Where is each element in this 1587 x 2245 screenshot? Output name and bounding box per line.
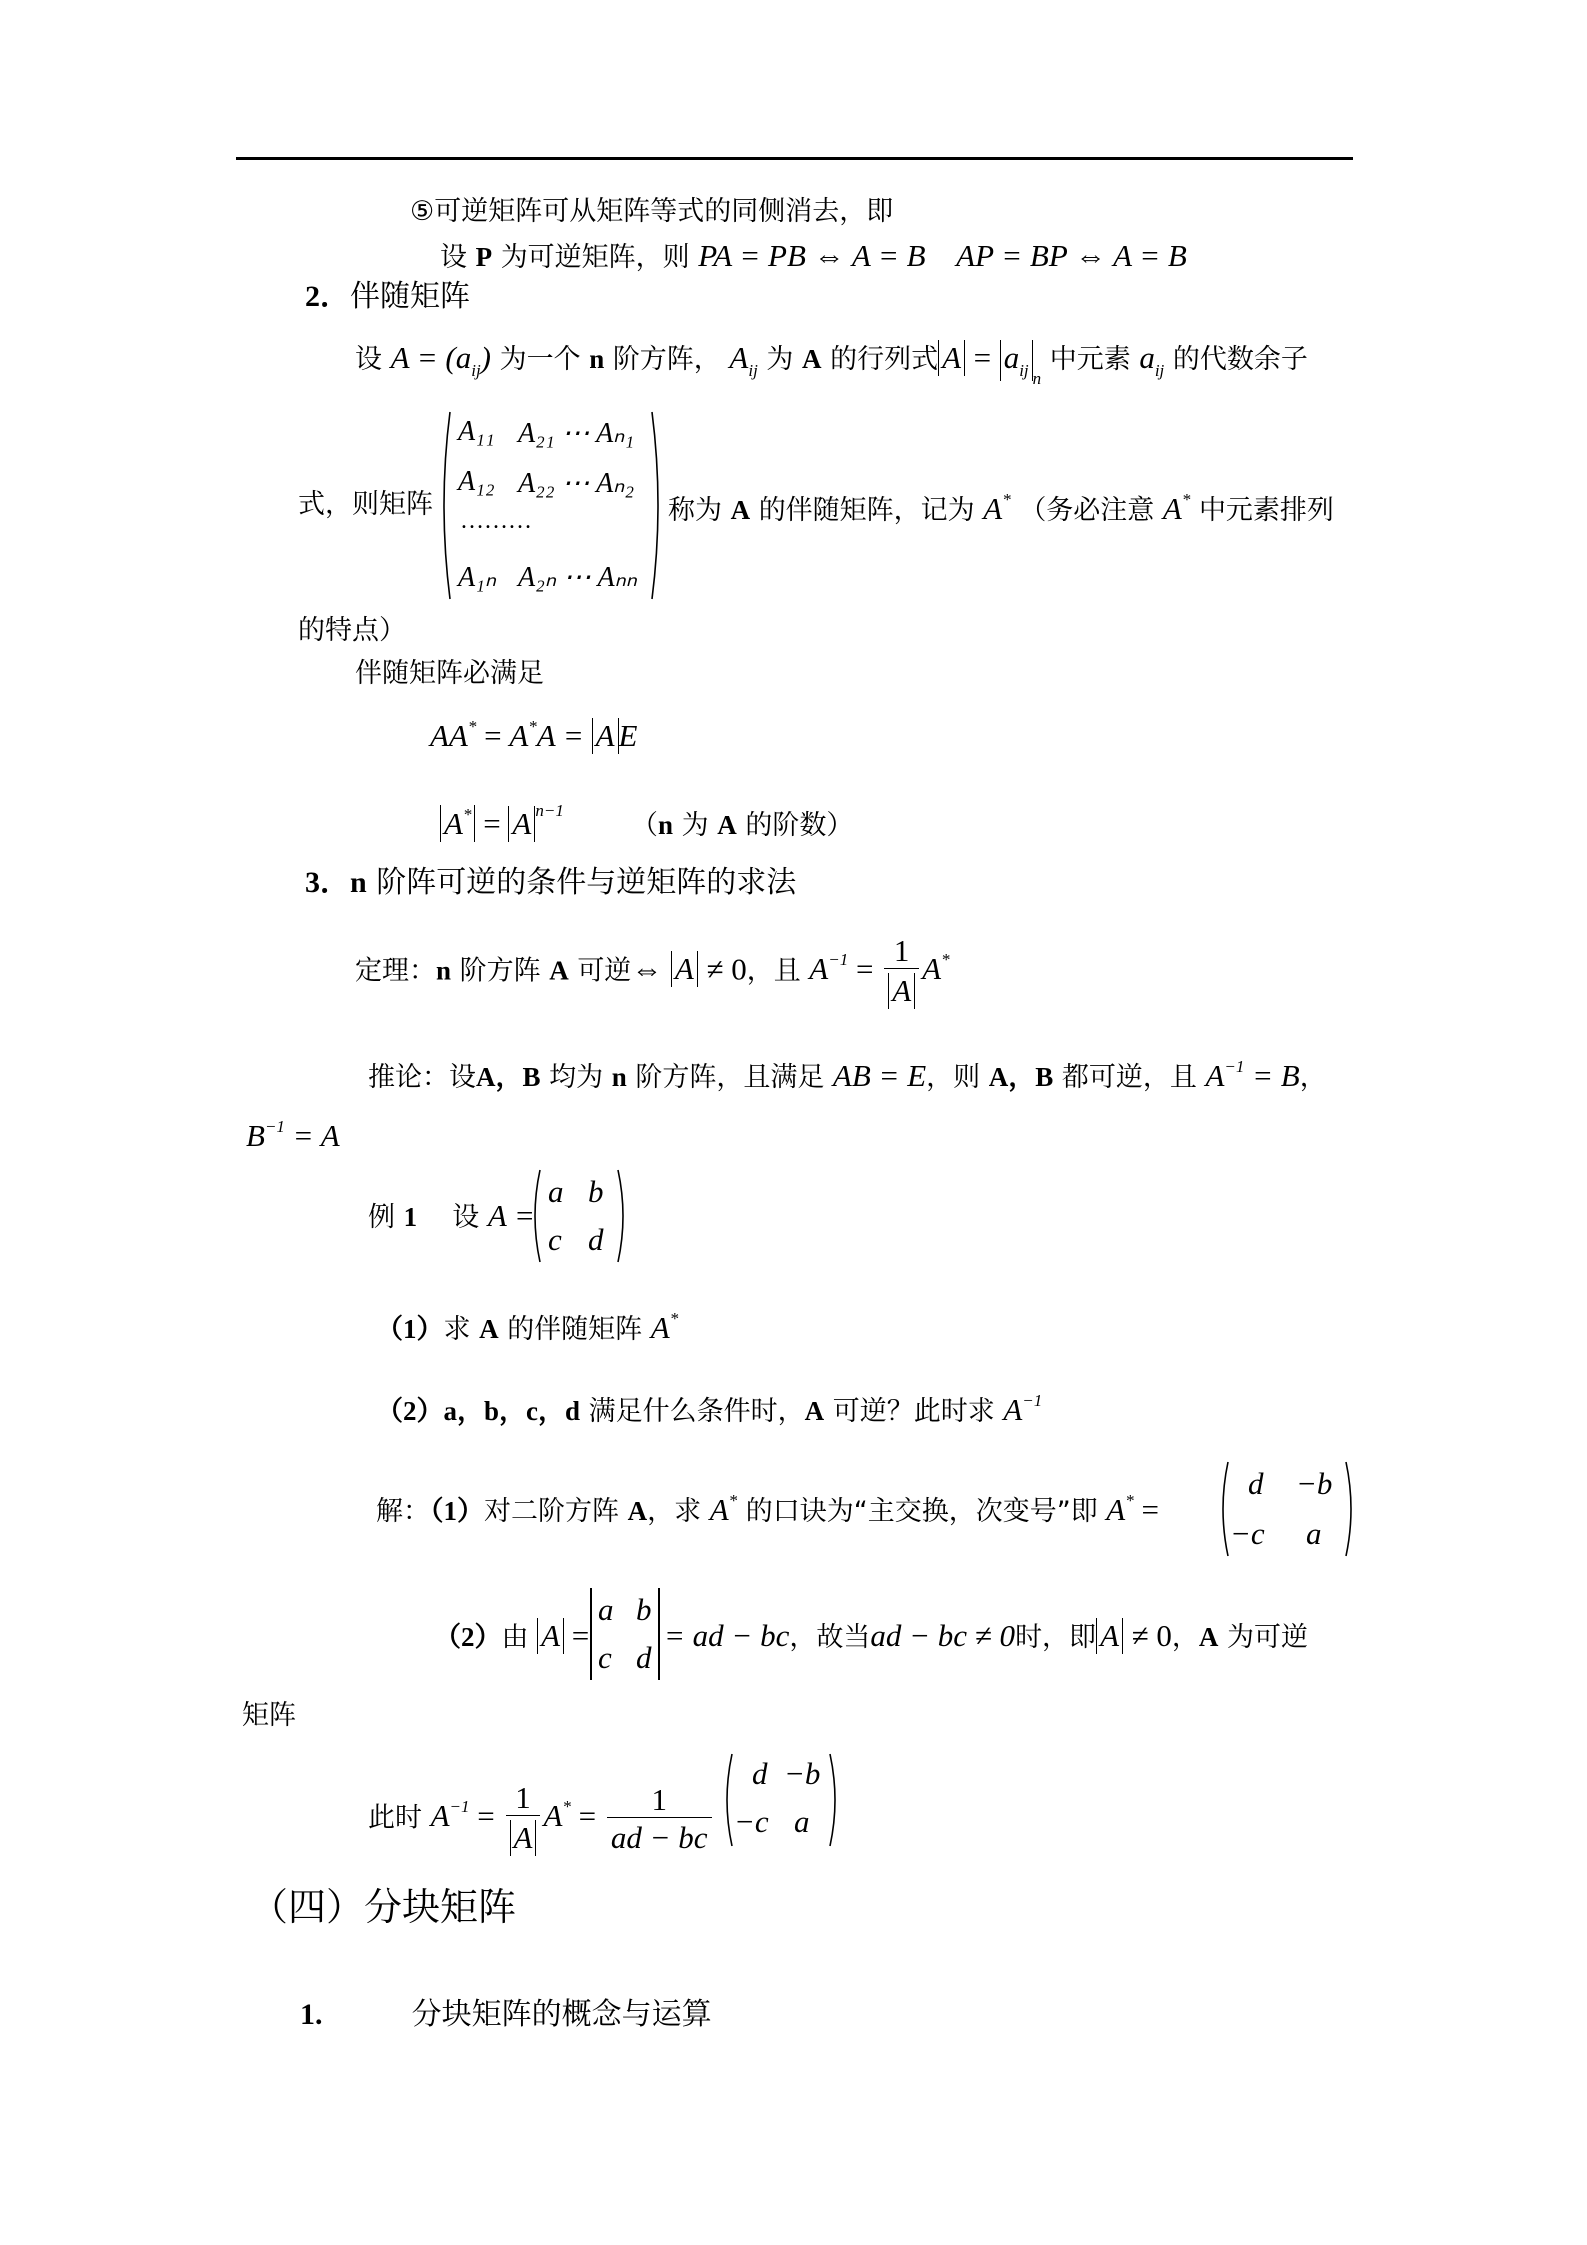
math: = bbox=[564, 1618, 589, 1653]
solution-part-1: 解：（1）对二阶方阵 A，求 A* 的口诀为“主交换，次变号”即 A* = bbox=[376, 1492, 1159, 1525]
determinant: A bbox=[537, 1618, 564, 1654]
inverse-formula: 此时 A−1 = 1AA* = 1ad − bc bbox=[368, 1782, 715, 1856]
text: A bbox=[802, 344, 822, 374]
text: 阶方阵 bbox=[460, 955, 541, 986]
matrix-cell: A₁₁ bbox=[458, 416, 495, 448]
text: （务必注意 bbox=[1019, 495, 1154, 526]
adjugate-identity: AA* = A*A = AE bbox=[430, 718, 637, 754]
math: A bbox=[1003, 1392, 1022, 1427]
math-sup: n−1 bbox=[535, 801, 563, 820]
math: ) bbox=[481, 340, 491, 375]
denominator: A bbox=[510, 1820, 537, 1856]
matrix-cell: a bbox=[548, 1174, 564, 1210]
numerator: 1 bbox=[511, 1782, 535, 1815]
text: A bbox=[717, 810, 737, 840]
math: = bbox=[848, 951, 881, 986]
math: = bbox=[571, 1798, 604, 1833]
math: A bbox=[710, 1492, 729, 1527]
matrix-cell: A₂ₙ ⋯ Aₙₙ bbox=[518, 560, 637, 594]
matrix-cell: a bbox=[794, 1804, 810, 1840]
section-4-heading: （四）分块矩阵 bbox=[250, 1888, 516, 1926]
text: ，则 bbox=[926, 1062, 980, 1093]
numerator: 1 bbox=[647, 1784, 671, 1817]
determinant-bar-right bbox=[658, 1588, 660, 1680]
text: 由 bbox=[502, 1622, 529, 1653]
text: 例 bbox=[368, 1202, 395, 1233]
text: 的代数余子 bbox=[1173, 344, 1308, 375]
text: 的口诀为“主交换，次变号”即 bbox=[746, 1496, 1098, 1527]
determinant: A bbox=[938, 340, 965, 376]
math: A bbox=[729, 340, 748, 375]
formula-left-cancel: PA = PB ⇔ A = B bbox=[698, 238, 925, 273]
text: 阶方阵， bbox=[613, 344, 721, 375]
example-1-heading: 例 1 设 A = bbox=[368, 1200, 535, 1231]
math: = bbox=[470, 1798, 503, 1833]
matrix-cell: d bbox=[588, 1222, 604, 1258]
text: 的特点） bbox=[298, 617, 406, 644]
text: （ bbox=[631, 810, 658, 841]
text: n bbox=[658, 810, 673, 840]
matrix-cell: c bbox=[598, 1640, 612, 1676]
math: A bbox=[444, 806, 463, 841]
math: B bbox=[246, 1118, 265, 1153]
text: A bbox=[731, 495, 751, 525]
text: 的伴随矩阵，记为 bbox=[759, 495, 975, 526]
prop5-statement: 设 P 为可逆矩阵，则 PA = PB ⇔ A = B AP = BP ⇔ A … bbox=[440, 240, 1187, 271]
matrix-cell: −b bbox=[1296, 1466, 1332, 1502]
text: A bbox=[549, 955, 569, 985]
text: 求 bbox=[444, 1314, 471, 1345]
text: ，求 bbox=[647, 1496, 701, 1527]
text: 定理： bbox=[355, 955, 436, 986]
math-sub: ij bbox=[1155, 361, 1164, 380]
matrix-cell: a bbox=[1306, 1516, 1322, 1552]
matrix-cell: −c bbox=[734, 1804, 769, 1840]
heading-text: 阶阵可逆的条件与逆矩阵的求法 bbox=[376, 865, 796, 900]
formula-right-cancel: AP = BP ⇔ A = B bbox=[956, 238, 1187, 273]
text: A bbox=[1199, 1622, 1219, 1652]
math-sup: * bbox=[528, 717, 537, 736]
solution-part-2-cont: = ad − bc，故当ad − bc ≠ 0时，即A ≠ 0，A 为可逆 bbox=[664, 1618, 1308, 1654]
text: 为一个 bbox=[500, 344, 581, 375]
matrix-cell: b bbox=[588, 1174, 604, 1210]
text: 的伴随矩阵 bbox=[507, 1314, 642, 1345]
math: A bbox=[509, 718, 528, 753]
math: = ad − bc bbox=[664, 1618, 789, 1653]
corollary: 推论：设A，B 均为 n 阶方阵，且满足 AB = E，则 A，B 都可逆，且 … bbox=[368, 1058, 1327, 1091]
text: 式，则矩阵 bbox=[298, 491, 433, 518]
math: = bbox=[475, 806, 508, 841]
numerator: 1 bbox=[890, 935, 914, 968]
fraction: 1ad − bc bbox=[607, 1784, 712, 1853]
text: 均为 bbox=[549, 1062, 603, 1093]
inverse-matrix: d −b −c a bbox=[722, 1752, 842, 1848]
denominator: ad − bc bbox=[607, 1817, 712, 1853]
math: a bbox=[1004, 340, 1020, 375]
solution-part-2: （2）由 A = bbox=[434, 1618, 589, 1654]
text: 阶方阵，且满足 bbox=[635, 1062, 824, 1093]
math: ⇔ bbox=[631, 951, 662, 986]
text: A bbox=[628, 1496, 648, 1526]
matrix-cell: d bbox=[752, 1756, 768, 1792]
adjugate-2x2-matrix: d −b −c a bbox=[1218, 1460, 1358, 1558]
matrix-cell: A₂₁ ⋯ Aₙ₁ bbox=[518, 416, 634, 450]
text: 设 bbox=[355, 344, 382, 375]
text: 为 bbox=[766, 344, 793, 375]
math-sup: * bbox=[941, 950, 950, 969]
text: （1） bbox=[376, 1314, 444, 1344]
matrix-cell: b bbox=[636, 1592, 652, 1628]
math: A bbox=[809, 951, 828, 986]
math-sup: −1 bbox=[1224, 1057, 1244, 1076]
math-sup: −1 bbox=[1022, 1391, 1042, 1410]
math-sub: ij bbox=[748, 361, 757, 380]
matrix-cell: a bbox=[598, 1592, 614, 1628]
heading-text: n bbox=[350, 866, 367, 899]
example-question-2: （2）a，b，c，d 满足什么条件时，A 可逆？此时求 A−1 bbox=[376, 1392, 1042, 1425]
text: 中元素 bbox=[1050, 344, 1131, 375]
math: A bbox=[1205, 1058, 1224, 1093]
math: A bbox=[922, 951, 941, 986]
text: 矩阵 bbox=[242, 1702, 296, 1729]
example-matrix: a b c d bbox=[530, 1168, 630, 1264]
text: ，故当 bbox=[789, 1622, 870, 1653]
section-4-subheading: 1. 分块矩阵的概念与运算 bbox=[300, 2000, 712, 2030]
math: A = (a bbox=[391, 340, 472, 375]
math-sup: * bbox=[1002, 490, 1011, 509]
math: A = bbox=[488, 1198, 535, 1233]
text: 1 bbox=[404, 1202, 418, 1232]
adjugate-definition-line1: 设 A = (aij) 为一个 n 阶方阵， Aij 为 A 的行列式A = a… bbox=[355, 340, 1308, 387]
denominator: A bbox=[888, 973, 915, 1009]
heading-number: 1. bbox=[300, 1998, 323, 2031]
header-rule bbox=[236, 157, 1353, 160]
determinant: A bbox=[592, 718, 619, 754]
determinant: A bbox=[508, 806, 535, 842]
text: n bbox=[612, 1062, 627, 1092]
math: A bbox=[431, 1798, 450, 1833]
text: 解： bbox=[376, 1496, 430, 1527]
text: ， bbox=[1300, 1062, 1327, 1093]
text: 设 bbox=[452, 1202, 479, 1233]
text: a，b，c，d bbox=[444, 1396, 581, 1426]
prop5-title-text: ⑤可逆矩阵可从矩阵等式的同侧消去，即 bbox=[410, 196, 893, 227]
math: A bbox=[983, 491, 1002, 526]
prop5-title: ⑤可逆矩阵可从矩阵等式的同侧消去，即 bbox=[410, 198, 893, 225]
text: （2） bbox=[434, 1622, 502, 1652]
text: A，B bbox=[476, 1062, 541, 1092]
math-sup: −1 bbox=[828, 950, 848, 969]
math: = bbox=[476, 718, 509, 753]
text: 为可逆 bbox=[1227, 1622, 1308, 1653]
math-sup: * bbox=[729, 1491, 738, 1510]
text: （2） bbox=[376, 1396, 444, 1426]
math: = bbox=[1134, 1492, 1159, 1527]
text: 时，即 bbox=[1015, 1622, 1096, 1653]
text: 的阶数） bbox=[745, 810, 853, 841]
determinant: A bbox=[1096, 1618, 1123, 1654]
matrix-cell: −b bbox=[784, 1756, 820, 1792]
text: 为可逆矩阵，则 bbox=[501, 242, 690, 273]
fraction: 1A bbox=[884, 935, 919, 1009]
text: 设 bbox=[449, 1062, 476, 1093]
invertibility-theorem: 定理：n 阶方阵 A 可逆⇔ A ≠ 0，且 A−1 = 1AA* bbox=[355, 935, 950, 1009]
text: 设 bbox=[440, 242, 467, 273]
corollary-line2: B−1 = A bbox=[246, 1118, 340, 1151]
text: ，且 bbox=[747, 955, 801, 986]
math-sup: * bbox=[463, 805, 472, 824]
text: 的行列式 bbox=[830, 344, 938, 375]
math: = A bbox=[285, 1118, 340, 1153]
text: ， bbox=[1172, 1622, 1199, 1653]
math: ≠ 0 bbox=[1132, 1618, 1172, 1653]
determinant: A bbox=[671, 951, 698, 987]
determinant-bar-left bbox=[590, 1588, 592, 1680]
text: 可逆 bbox=[577, 955, 631, 986]
matrix-cell: A₁ₙ bbox=[458, 560, 496, 594]
text: 中元素排列 bbox=[1199, 495, 1334, 526]
adjugate-determinant-identity: A* = An−1 （n 为 A 的阶数） bbox=[440, 802, 853, 842]
text: 对二阶方阵 bbox=[484, 1496, 619, 1527]
math: A = bbox=[537, 718, 592, 753]
determinant-2x2: a b c d bbox=[590, 1588, 660, 1680]
text: A bbox=[479, 1314, 499, 1344]
matrix-cell: d bbox=[1248, 1466, 1264, 1502]
math-sub: n bbox=[1033, 369, 1042, 388]
adjugate-matrix: A₁₁ A₂₁ ⋯ Aₙ₁ A₁₂ A₂₂ ⋯ Aₙ₂ ……… A₁ₙ A₂ₙ … bbox=[436, 408, 666, 603]
math-sup: * bbox=[670, 1309, 679, 1328]
matrix-cell: A₂₂ ⋯ Aₙ₂ bbox=[518, 466, 634, 500]
heading-number: 2． bbox=[305, 280, 350, 313]
text: 称为 bbox=[668, 495, 722, 526]
math-sup: −1 bbox=[450, 1797, 470, 1816]
text: （1） bbox=[430, 1496, 484, 1526]
math-sub: ij bbox=[1019, 361, 1028, 380]
matrix-cell: c bbox=[548, 1222, 562, 1258]
math-sub: ij bbox=[471, 361, 480, 380]
math: AA bbox=[430, 718, 468, 753]
matrix-cell: A₁₂ bbox=[458, 466, 495, 498]
math: A bbox=[543, 1798, 562, 1833]
text: 推论： bbox=[368, 1062, 449, 1093]
section-3-heading: 3．n 阶阵可逆的条件与逆矩阵的求法 bbox=[305, 868, 796, 898]
example-question-1: （1）求 A 的伴随矩阵 A* bbox=[376, 1310, 678, 1343]
text: n bbox=[436, 955, 451, 985]
text: A bbox=[805, 1396, 825, 1426]
math-sup: * bbox=[562, 1797, 571, 1816]
math: AB = E bbox=[833, 1058, 926, 1093]
text: 可逆？此时求 bbox=[833, 1396, 995, 1427]
text: P bbox=[476, 242, 493, 272]
math: = B bbox=[1244, 1058, 1299, 1093]
math: A bbox=[1106, 1492, 1125, 1527]
fraction: 1A bbox=[506, 1782, 541, 1856]
math-sup: * bbox=[1125, 1491, 1134, 1510]
section-2-heading: 2．伴随矩阵 bbox=[305, 282, 470, 312]
determinant: aij bbox=[1000, 340, 1033, 381]
math: = bbox=[974, 340, 991, 375]
math-sup: −1 bbox=[265, 1117, 285, 1136]
math: ≠ 0 bbox=[706, 951, 746, 986]
text: A，B bbox=[989, 1062, 1054, 1092]
adjugate-definition-line2: 称为 A 的伴随矩阵，记为 A* （务必注意 A* 中元素排列 bbox=[668, 491, 1334, 524]
matrix-ellipsis: ……… bbox=[460, 508, 532, 535]
heading-text: 伴随矩阵 bbox=[350, 279, 470, 314]
math: ad − bc ≠ 0 bbox=[870, 1618, 1015, 1653]
math-sup: * bbox=[1182, 490, 1191, 509]
matrix-cell: d bbox=[636, 1640, 652, 1676]
text: 都可逆，且 bbox=[1062, 1062, 1197, 1093]
text: 满足什么条件时， bbox=[589, 1396, 805, 1427]
text: 此时 bbox=[368, 1802, 422, 1833]
text: 伴随矩阵必满足 bbox=[355, 660, 544, 687]
heading-text: 分块矩阵的概念与运算 bbox=[412, 1997, 712, 2032]
text: n bbox=[589, 344, 604, 374]
math: A bbox=[651, 1310, 670, 1345]
matrix-cell: −c bbox=[1230, 1516, 1265, 1552]
heading-number: 3． bbox=[305, 866, 350, 899]
math: a bbox=[1139, 340, 1155, 375]
text: 为 bbox=[682, 810, 709, 841]
math: A bbox=[1163, 491, 1182, 526]
math: E bbox=[619, 718, 638, 753]
matrix-brackets bbox=[530, 1168, 630, 1264]
